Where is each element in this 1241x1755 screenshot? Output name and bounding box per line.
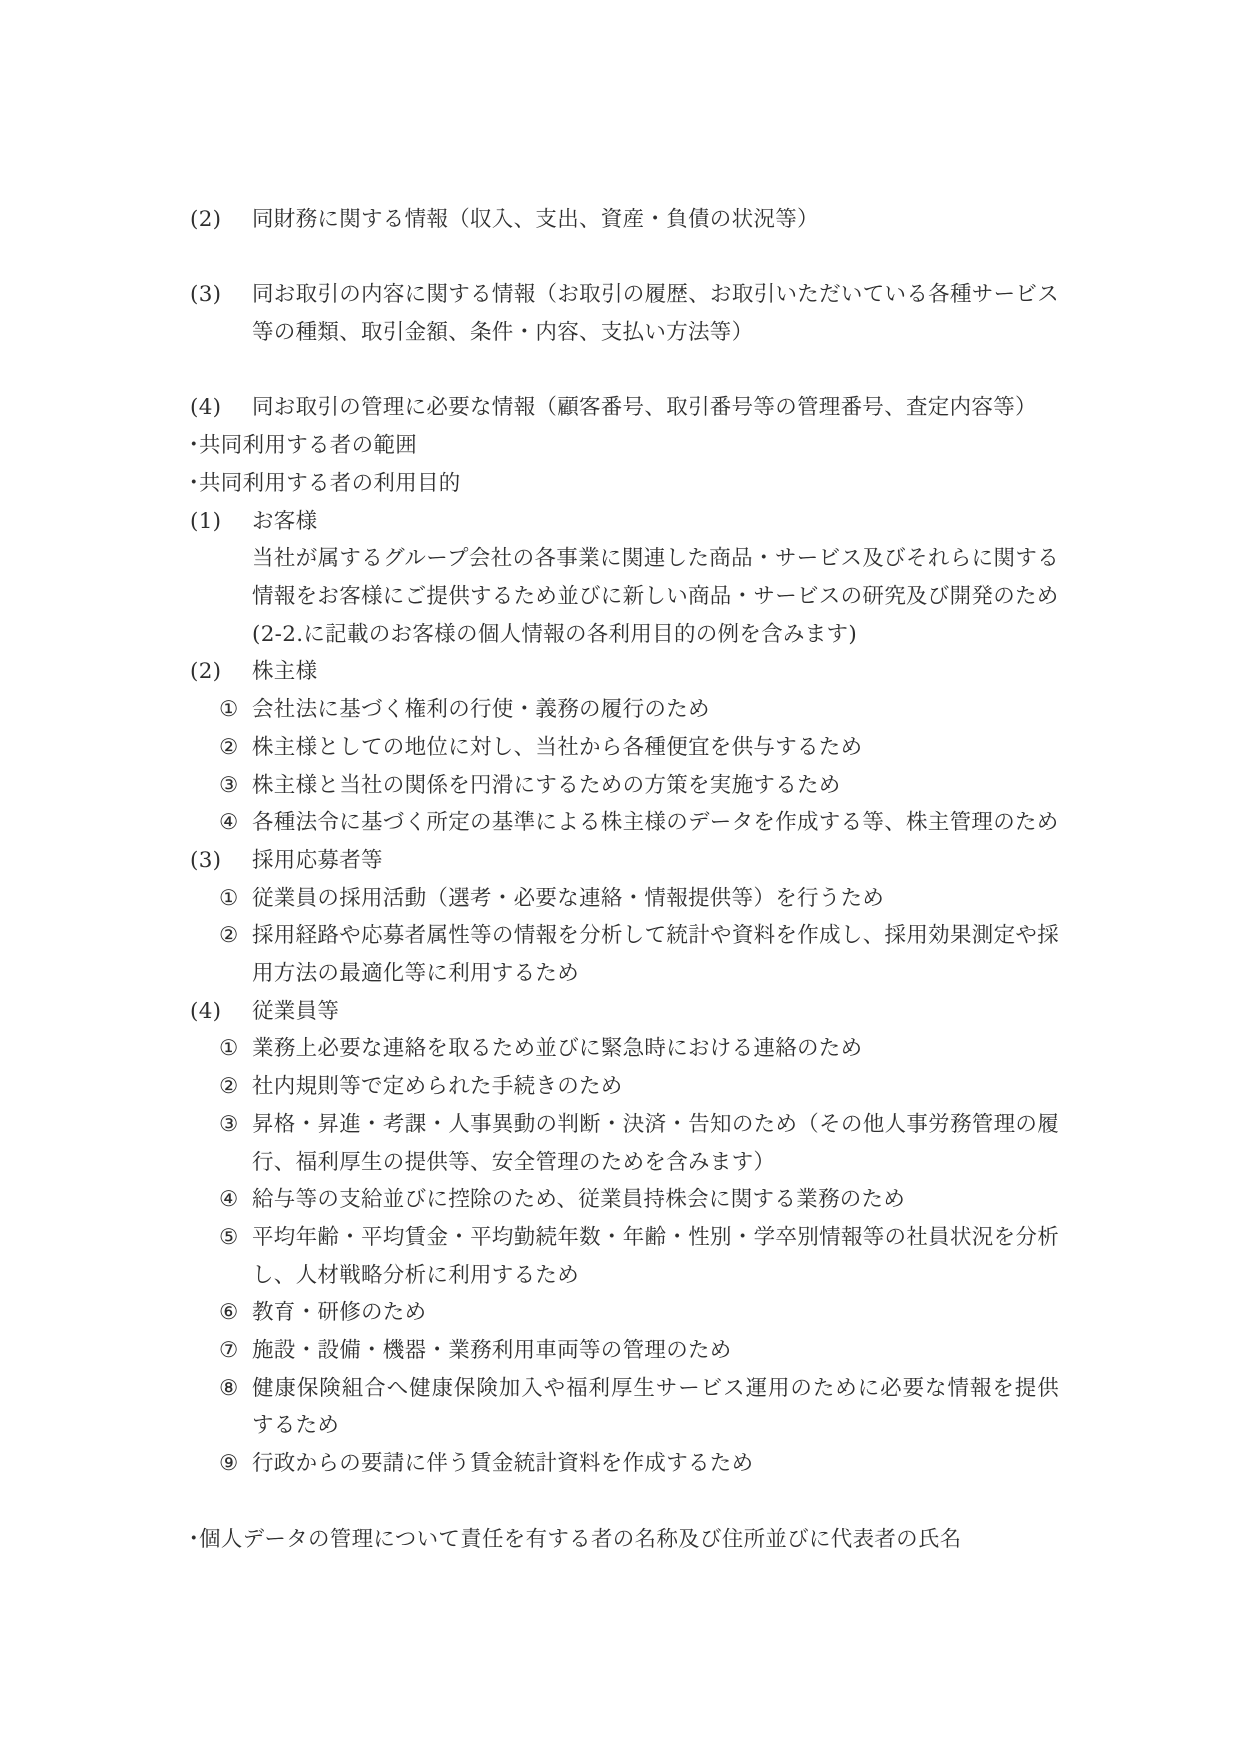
blank-line [183, 239, 1059, 277]
item-text: 個人データの管理について責任を有する者の名称及び住所並びに代表者の氏名 [199, 1527, 962, 1552]
item-text: 情報をお客様にご提供するため並びに新しい商品・サービスの研究及び開発のため [252, 584, 1059, 609]
item-text: 各種法令に基づく所定の基準による株主様のデータを作成する等、株主管理のため [252, 810, 1059, 835]
item-text: 共同利用する者の範囲 [199, 433, 417, 458]
item-marker: (2) [190, 201, 221, 239]
list-item-circled: ④給与等の支給並びに控除のため、従業員持株会に関する業務のため [183, 1181, 1059, 1219]
item-text: 採用経路や応募者属性等の情報を分析して統計や資料を作成し、採用効果測定や採 [252, 923, 1059, 948]
item-marker: ④ [219, 1181, 239, 1219]
item-marker: ② [219, 917, 239, 955]
item-text: し、人材戦略分析に利用するため [252, 1263, 579, 1288]
item-marker: ・ [183, 1521, 205, 1559]
item-marker: (1) [190, 503, 221, 541]
list-item-circled: ⑥教育・研修のため [183, 1294, 1059, 1332]
item-marker: ② [219, 729, 239, 767]
document-body: (2)同財務に関する情報（収入、支出、資産・負債の状況等）(3)同お取引の内容に… [183, 201, 1059, 1558]
item-text: 業務上必要な連絡を取るため並びに緊急時における連絡のため [252, 1036, 862, 1061]
bullet-item: ・共同利用する者の利用目的 [183, 465, 1059, 503]
item-marker: ② [219, 1068, 239, 1106]
item-marker: ⑨ [219, 1445, 239, 1483]
list-item-numbered: (4)同お取引の管理に必要な情報（顧客番号、取引番号等の管理番号、査定内容等） [183, 389, 1059, 427]
text-line: するため [183, 1407, 1059, 1445]
list-item-circled: ②株主様としての地位に対し、当社から各種便宜を供与するため [183, 729, 1059, 767]
text-line: 情報をお客様にご提供するため並びに新しい商品・サービスの研究及び開発のため [183, 578, 1059, 616]
blank-line [183, 1483, 1059, 1521]
list-item-circled: ④各種法令に基づく所定の基準による株主様のデータを作成する等、株主管理のため [183, 804, 1059, 842]
item-marker: (4) [190, 389, 221, 427]
item-marker: ・ [183, 465, 205, 503]
list-item-numbered: (1)お客様 [183, 503, 1059, 541]
item-text: 従業員等 [252, 999, 339, 1024]
item-text: 同財務に関する情報（収入、支出、資産・負債の状況等） [252, 207, 819, 232]
item-text: (2-2.に記載のお客様の個人情報の各利用目的の例を含みます) [252, 622, 857, 647]
item-text: 採用応募者等 [252, 848, 383, 873]
item-marker: (3) [190, 276, 221, 314]
item-marker: ④ [219, 804, 239, 842]
item-marker: ⑦ [219, 1332, 239, 1370]
list-item-numbered: (2)同財務に関する情報（収入、支出、資産・負債の状況等） [183, 201, 1059, 239]
item-marker: ⑥ [219, 1294, 239, 1332]
item-text: 等の種類、取引金額、条件・内容、支払い方法等） [252, 320, 753, 345]
bullet-item: ・共同利用する者の範囲 [183, 427, 1059, 465]
item-text: 用方法の最適化等に利用するため [252, 961, 579, 986]
item-text: 教育・研修のため [252, 1300, 426, 1325]
list-item-circled: ②採用経路や応募者属性等の情報を分析して統計や資料を作成し、採用効果測定や採 [183, 917, 1059, 955]
list-item-circled: ①業務上必要な連絡を取るため並びに緊急時における連絡のため [183, 1030, 1059, 1068]
list-item-numbered: (4)従業員等 [183, 993, 1059, 1031]
item-text: 行政からの要請に伴う賃金統計資料を作成するため [252, 1451, 753, 1476]
item-text: 共同利用する者の利用目的 [199, 471, 461, 496]
list-item-circled: ③昇格・昇進・考課・人事異動の判断・決済・告知のため（その他人事労務管理の履 [183, 1106, 1059, 1144]
list-item-circled: ③株主様と当社の関係を円滑にするための方策を実施するため [183, 767, 1059, 805]
item-marker: ・ [183, 427, 205, 465]
item-text: 株主様 [252, 659, 317, 684]
list-item-circled: ①従業員の採用活動（選考・必要な連絡・情報提供等）を行うため [183, 880, 1059, 918]
list-item-circled: ⑦施設・設備・機器・業務利用車両等の管理のため [183, 1332, 1059, 1370]
blank-line [183, 352, 1059, 390]
item-marker: ⑤ [219, 1219, 239, 1257]
item-text: 行、福利厚生の提供等、安全管理のためを含みます） [252, 1150, 775, 1175]
text-line: 行、福利厚生の提供等、安全管理のためを含みます） [183, 1144, 1059, 1182]
text-line: 当社が属するグループ会社の各事業に関連した商品・サービス及びそれらに関する [183, 540, 1059, 578]
item-marker: (4) [190, 993, 221, 1031]
list-item-circled: ⑤平均年齢・平均賃金・平均勤続年数・年齢・性別・学卒別情報等の社員状況を分析 [183, 1219, 1059, 1257]
item-marker: ① [219, 1030, 239, 1068]
item-text: 同お取引の管理に必要な情報（顧客番号、取引番号等の管理番号、査定内容等） [252, 395, 1037, 420]
item-text: 社内規則等で定められた手続きのため [252, 1074, 623, 1099]
item-text: 昇格・昇進・考課・人事異動の判断・決済・告知のため（その他人事労務管理の履 [252, 1112, 1059, 1137]
item-text: 平均年齢・平均賃金・平均勤続年数・年齢・性別・学卒別情報等の社員状況を分析 [252, 1225, 1059, 1250]
list-item-numbered: (3)採用応募者等 [183, 842, 1059, 880]
item-text: 給与等の支給並びに控除のため、従業員持株会に関する業務のため [252, 1187, 905, 1212]
item-text: 会社法に基づく権利の行使・義務の履行のため [252, 697, 710, 722]
item-text: するため [252, 1413, 339, 1438]
item-marker: ⑧ [219, 1370, 239, 1408]
list-item-circled: ⑧健康保険組合へ健康保険加入や福利厚生サービス運用のために必要な情報を提供 [183, 1370, 1059, 1408]
item-marker: ① [219, 691, 239, 729]
item-text: 株主様としての地位に対し、当社から各種便宜を供与するため [252, 735, 862, 760]
item-text: お客様 [252, 509, 317, 534]
text-line: し、人材戦略分析に利用するため [183, 1257, 1059, 1295]
list-item-circled: ⑨行政からの要請に伴う賃金統計資料を作成するため [183, 1445, 1059, 1483]
item-marker: ① [219, 880, 239, 918]
document-page: (2)同財務に関する情報（収入、支出、資産・負債の状況等）(3)同お取引の内容に… [0, 0, 1241, 1755]
text-line: 用方法の最適化等に利用するため [183, 955, 1059, 993]
item-text: 株主様と当社の関係を円滑にするための方策を実施するため [252, 773, 841, 798]
bullet-item: ・個人データの管理について責任を有する者の名称及び住所並びに代表者の氏名 [183, 1521, 1059, 1559]
item-marker: (3) [190, 842, 221, 880]
item-marker: ③ [219, 1106, 239, 1144]
item-text: 同お取引の内容に関する情報（お取引の履歴、お取引いただいている各種サービス [252, 282, 1059, 307]
item-text: 健康保険組合へ健康保険加入や福利厚生サービス運用のために必要な情報を提供 [252, 1376, 1059, 1401]
item-marker: (2) [190, 653, 221, 691]
item-text: 施設・設備・機器・業務利用車両等の管理のため [252, 1338, 732, 1363]
text-line: 等の種類、取引金額、条件・内容、支払い方法等） [183, 314, 1059, 352]
text-line: (2-2.に記載のお客様の個人情報の各利用目的の例を含みます) [183, 616, 1059, 654]
list-item-numbered: (3)同お取引の内容に関する情報（お取引の履歴、お取引いただいている各種サービス [183, 276, 1059, 314]
item-marker: ③ [219, 767, 239, 805]
item-text: 従業員の採用活動（選考・必要な連絡・情報提供等）を行うため [252, 886, 884, 911]
item-text: 当社が属するグループ会社の各事業に関連した商品・サービス及びそれらに関する [252, 546, 1059, 571]
list-item-numbered: (2)株主様 [183, 653, 1059, 691]
list-item-circled: ①会社法に基づく権利の行使・義務の履行のため [183, 691, 1059, 729]
list-item-circled: ②社内規則等で定められた手続きのため [183, 1068, 1059, 1106]
